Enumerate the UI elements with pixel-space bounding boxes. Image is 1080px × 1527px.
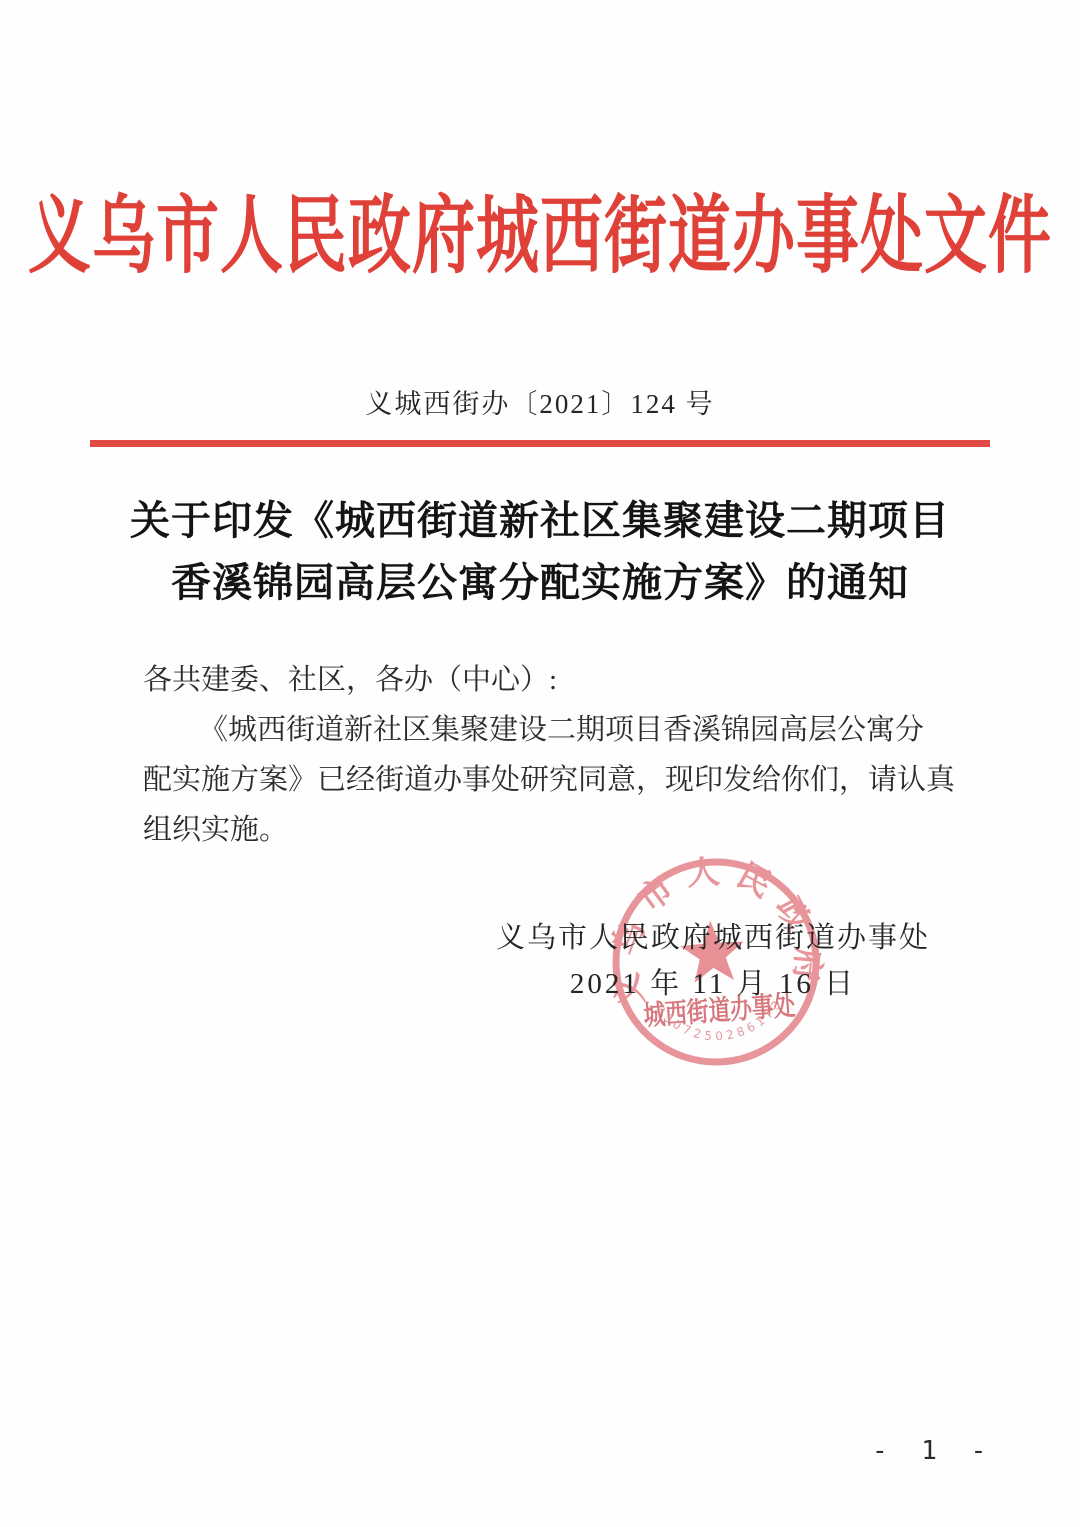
page-number: - 1 - xyxy=(872,1436,995,1466)
document-number: 义城西街办〔2021〕124 号 xyxy=(0,382,1080,421)
body-line: 《城西街道新社区集聚建设二期项目香溪锦园高层公寓分 xyxy=(143,705,937,755)
salutation-line: 各共建委、社区，各办（中心）: xyxy=(143,655,937,705)
body-text: 各共建委、社区，各办（中心）: 《城西街道新社区集聚建设二期项目香溪锦园高层公寓… xyxy=(143,655,937,855)
document-title: 关于印发《城西街道新社区集聚建设二期项目 香溪锦园高层公寓分配实施方案》的通知 xyxy=(0,490,1080,614)
signature-block: 义乌市人民政府城西街道办事处 2021 年 11 月 16 日 xyxy=(413,913,1013,1004)
signature-date: 2021 年 11 月 16 日 xyxy=(413,964,1013,1004)
signature-org: 义乌市人民政府城西街道办事处 xyxy=(413,913,1013,964)
document-title-line2: 香溪锦园高层公寓分配实施方案》的通知 xyxy=(0,552,1080,614)
red-header-title: 义乌市人民政府城西街道办事处文件 xyxy=(0,168,1080,291)
red-divider-line xyxy=(90,440,990,447)
document-page: 义乌市人民政府城西街道办事处文件 义城西街办〔2021〕124 号 关于印发《城… xyxy=(0,0,1080,1527)
body-line: 配实施方案》已经街道办事处研究同意，现印发给你们，请认真 xyxy=(143,755,937,805)
document-title-line1: 关于印发《城西街道新社区集聚建设二期项目 xyxy=(0,490,1080,552)
